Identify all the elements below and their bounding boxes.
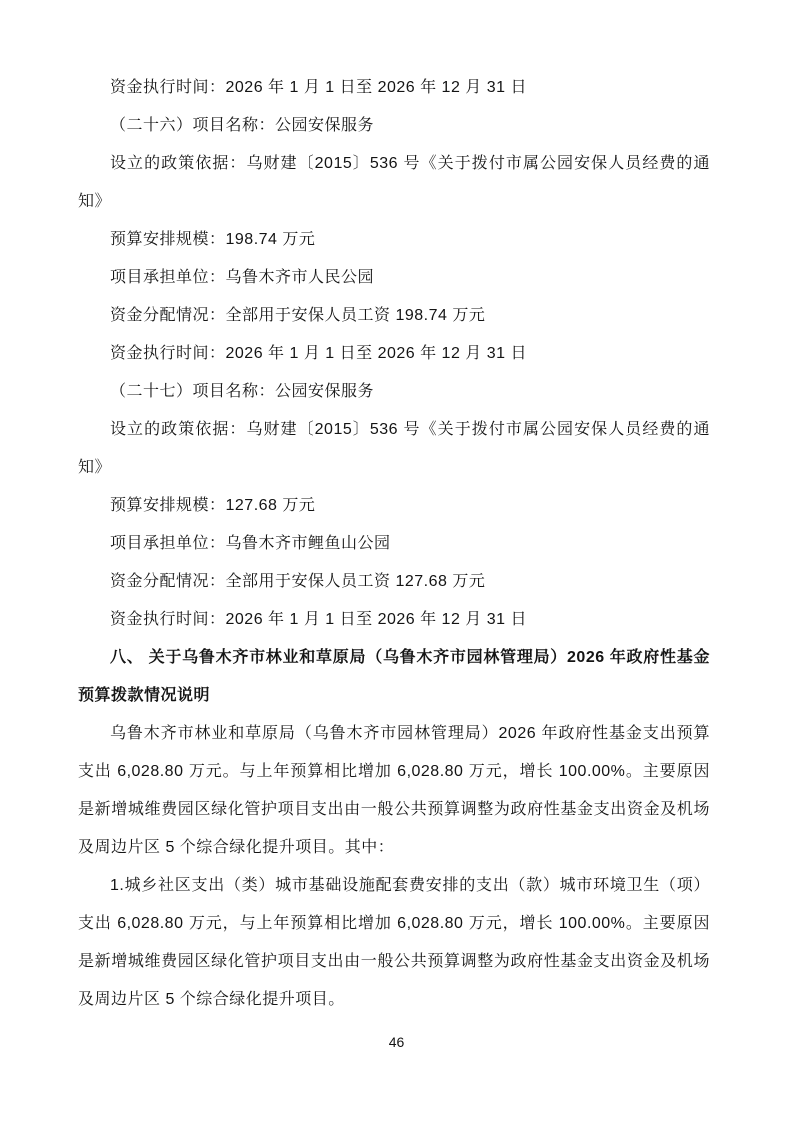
paragraph: 预算安排规模：198.74 万元: [78, 221, 710, 259]
paragraph: 设立的政策依据：乌财建〔2015〕536 号《关于拨付市属公园安保人员经费的通知…: [78, 411, 710, 487]
paragraph: 预算安排规模：127.68 万元: [78, 487, 710, 525]
paragraph: 资金分配情况：全部用于安保人员工资 198.74 万元: [78, 297, 710, 335]
page-number: 46: [0, 1034, 793, 1050]
paragraph: 项目承担单位：乌鲁木齐市人民公园: [78, 259, 710, 297]
paragraph: （二十六）项目名称：公园安保服务: [78, 107, 710, 145]
document-page: 资金执行时间：2026 年 1 月 1 日至 2026 年 12 月 31 日（…: [0, 0, 793, 1122]
document-body: 资金执行时间：2026 年 1 月 1 日至 2026 年 12 月 31 日（…: [78, 69, 710, 1019]
section-heading: 八、 关于乌鲁木齐市林业和草原局（乌鲁木齐市园林管理局）2026 年政府性基金预…: [78, 639, 710, 715]
paragraph: 资金执行时间：2026 年 1 月 1 日至 2026 年 12 月 31 日: [78, 335, 710, 373]
paragraph: （二十七）项目名称：公园安保服务: [78, 373, 710, 411]
paragraph: 项目承担单位：乌鲁木齐市鲤鱼山公园: [78, 525, 710, 563]
paragraph: 设立的政策依据：乌财建〔2015〕536 号《关于拨付市属公园安保人员经费的通知…: [78, 145, 710, 221]
paragraph: 1.城乡社区支出（类）城市基础设施配套费安排的支出（款）城市环境卫生（项）支出 …: [78, 867, 710, 1019]
paragraph: 资金执行时间：2026 年 1 月 1 日至 2026 年 12 月 31 日: [78, 69, 710, 107]
paragraph: 资金分配情况：全部用于安保人员工资 127.68 万元: [78, 563, 710, 601]
paragraph: 乌鲁木齐市林业和草原局（乌鲁木齐市园林管理局）2026 年政府性基金支出预算支出…: [78, 715, 710, 867]
paragraph: 资金执行时间：2026 年 1 月 1 日至 2026 年 12 月 31 日: [78, 601, 710, 639]
